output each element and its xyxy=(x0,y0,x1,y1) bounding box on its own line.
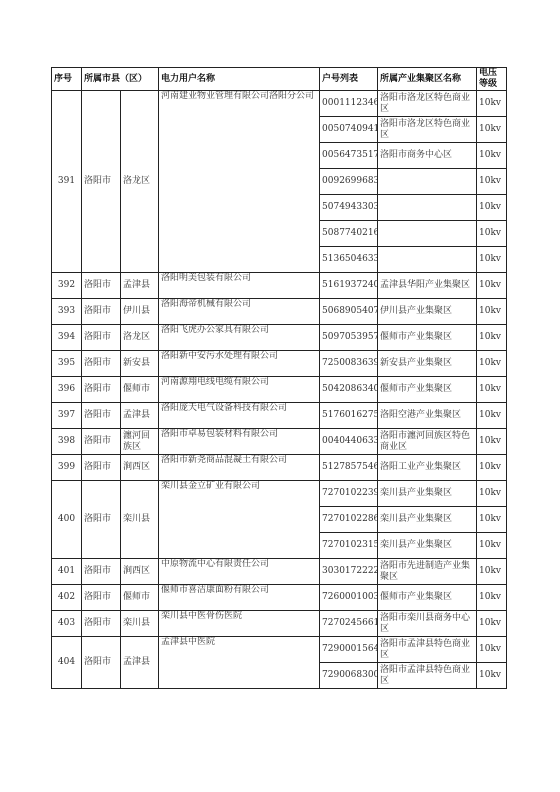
row-account-id: 0001112346 xyxy=(320,91,378,117)
row-voltage: 10kv xyxy=(477,247,507,273)
row-voltage: 10kv xyxy=(477,169,507,195)
header-voltage: 电压等级 xyxy=(477,68,507,91)
row-city: 洛阳市 xyxy=(82,351,121,377)
row-district: 孟津县 xyxy=(121,403,159,429)
table-row: 394洛阳市洛龙区洛阳飞虎办公家具有限公司5097053957偃师市产业集聚区1… xyxy=(52,325,507,351)
table-row: 397洛阳市孟津县洛阳庞天电气设备科技有限公司5176016275洛阳空港产业集… xyxy=(52,403,507,429)
row-account-id: 7290001564 xyxy=(320,637,378,663)
header-accounts: 户号列表 xyxy=(320,68,378,91)
row-zone: 栾川县产业集聚区 xyxy=(378,481,477,507)
row-city: 洛阳市 xyxy=(82,403,121,429)
row-voltage: 10kv xyxy=(477,429,507,455)
row-voltage: 10kv xyxy=(477,273,507,299)
row-index: 391 xyxy=(52,91,82,273)
row-user-name: 洛阳海帝机械有限公司 xyxy=(159,299,320,325)
row-user-name: 栾川县金立矿业有限公司 xyxy=(159,481,320,559)
table-row: 391洛阳市洛龙区河南建业物业管理有限公司洛阳分公司0001112346洛阳市洛… xyxy=(52,91,507,117)
row-voltage: 10kv xyxy=(477,351,507,377)
row-city: 洛阳市 xyxy=(82,273,121,299)
header-row: 序号 所属市县（区） 电力用户名称 户号列表 所属产业集聚区名称 电压等级 xyxy=(52,68,507,91)
row-voltage: 10kv xyxy=(477,143,507,169)
row-index: 394 xyxy=(52,325,82,351)
table-row: 396洛阳市偃师市河南源翔电线电缆有限公司5042086340偃师市产业集聚区1… xyxy=(52,377,507,403)
table-row: 404洛阳市孟津县孟津县中医院7290001564洛阳市孟津县特色商业区10kv xyxy=(52,637,507,663)
row-voltage: 10kv xyxy=(477,481,507,507)
row-zone: 洛阳工业产业集聚区 xyxy=(378,455,477,481)
row-zone: 伊川县产业集聚区 xyxy=(378,299,477,325)
row-voltage: 10kv xyxy=(477,221,507,247)
row-zone: 偃师市产业集聚区 xyxy=(378,585,477,611)
row-voltage: 10kv xyxy=(477,611,507,637)
row-voltage: 10kv xyxy=(477,507,507,533)
row-zone: 栾川县产业集聚区 xyxy=(378,533,477,559)
table-row: 392洛阳市孟津县洛阳明美包装有限公司5161937240孟津县华阳产业集聚区1… xyxy=(52,273,507,299)
row-district: 瀍河回族区 xyxy=(121,429,159,455)
row-user-name: 河南源翔电线电缆有限公司 xyxy=(159,377,320,403)
row-account-id: 7250083639 xyxy=(320,351,378,377)
row-city: 洛阳市 xyxy=(82,377,121,403)
row-account-id: 0040440633 xyxy=(320,429,378,455)
row-voltage: 10kv xyxy=(477,377,507,403)
row-voltage: 10kv xyxy=(477,117,507,143)
header-zone: 所属产业集聚区名称 xyxy=(378,68,477,91)
header-region: 所属市县（区） xyxy=(82,68,159,91)
row-district: 栾川县 xyxy=(121,481,159,559)
row-user-name: 河南建业物业管理有限公司洛阳分公司 xyxy=(159,91,320,273)
row-user-name: 洛阳市卓易包装材料有限公司 xyxy=(159,429,320,455)
row-voltage: 10kv xyxy=(477,325,507,351)
row-index: 398 xyxy=(52,429,82,455)
row-city: 洛阳市 xyxy=(82,559,121,585)
row-zone: 洛阳市栾川县商务中心区 xyxy=(378,611,477,637)
table-row: 400洛阳市栾川县栾川县金立矿业有限公司7270102239栾川县产业集聚区10… xyxy=(52,481,507,507)
row-index: 400 xyxy=(52,481,82,559)
row-zone: 孟津县华阳产业集聚区 xyxy=(378,273,477,299)
row-index: 393 xyxy=(52,299,82,325)
row-account-id: 7270245661 xyxy=(320,611,378,637)
row-voltage: 10kv xyxy=(477,533,507,559)
row-voltage: 10kv xyxy=(477,195,507,221)
row-district: 偃师市 xyxy=(121,585,159,611)
row-account-id: 5068905407 xyxy=(320,299,378,325)
row-user-name: 洛阳庞天电气设备科技有限公司 xyxy=(159,403,320,429)
row-zone: 新安县产业集聚区 xyxy=(378,351,477,377)
row-voltage: 10kv xyxy=(477,559,507,585)
row-index: 395 xyxy=(52,351,82,377)
row-district: 洛龙区 xyxy=(121,91,159,273)
row-district: 洛龙区 xyxy=(121,325,159,351)
row-zone: 洛阳市瀍河回族区特色商业区 xyxy=(378,429,477,455)
row-account-id: 0092699683 xyxy=(320,169,378,195)
row-user-name: 洛阳明美包装有限公司 xyxy=(159,273,320,299)
row-account-id: 5176016275 xyxy=(320,403,378,429)
row-zone: 栾川县产业集聚区 xyxy=(378,507,477,533)
row-zone: 洛阳市孟津县特色商业区 xyxy=(378,637,477,663)
row-index: 397 xyxy=(52,403,82,429)
row-district: 涧西区 xyxy=(121,455,159,481)
row-index: 396 xyxy=(52,377,82,403)
row-voltage: 10kv xyxy=(477,91,507,117)
row-zone: 洛阳空港产业集聚区 xyxy=(378,403,477,429)
row-user-name: 洛阳飞虎办公家具有限公司 xyxy=(159,325,320,351)
table-row: 393洛阳市伊川县洛阳海帝机械有限公司5068905407伊川县产业集聚区10k… xyxy=(52,299,507,325)
row-account-id: 0050740941 xyxy=(320,117,378,143)
table-row: 402洛阳市偃师市偃师市喜洁康面粉有限公司7260001003偃师市产业集聚区1… xyxy=(52,585,507,611)
header-index: 序号 xyxy=(52,68,82,91)
row-city: 洛阳市 xyxy=(82,481,121,559)
row-user-name: 孟津县中医院 xyxy=(159,637,320,689)
row-user-name: 偃师市喜洁康面粉有限公司 xyxy=(159,585,320,611)
row-zone: 洛阳市商务中心区 xyxy=(378,143,477,169)
row-city: 洛阳市 xyxy=(82,429,121,455)
row-account-id: 5161937240 xyxy=(320,273,378,299)
row-user-name: 洛阳新中安污水处理有限公司 xyxy=(159,351,320,377)
row-index: 401 xyxy=(52,559,82,585)
row-city: 洛阳市 xyxy=(82,637,121,689)
row-voltage: 10kv xyxy=(477,403,507,429)
row-district: 伊川县 xyxy=(121,299,159,325)
row-account-id: 3030172222 xyxy=(320,559,378,585)
row-zone: 偃师市产业集聚区 xyxy=(378,325,477,351)
row-voltage: 10kv xyxy=(477,637,507,663)
row-index: 399 xyxy=(52,455,82,481)
row-account-id: 7270102286 xyxy=(320,507,378,533)
row-zone xyxy=(378,221,477,247)
row-district: 栾川县 xyxy=(121,611,159,637)
table-row: 399洛阳市涧西区洛阳市新尧商品混凝土有限公司5127857546洛阳工业产业集… xyxy=(52,455,507,481)
row-account-id: 5127857546 xyxy=(320,455,378,481)
row-zone xyxy=(378,247,477,273)
row-account-id: 5074943303 xyxy=(320,195,378,221)
row-city: 洛阳市 xyxy=(82,299,121,325)
row-city: 洛阳市 xyxy=(82,325,121,351)
row-district: 孟津县 xyxy=(121,637,159,689)
row-index: 392 xyxy=(52,273,82,299)
row-zone: 洛阳市先进制造产业集聚区 xyxy=(378,559,477,585)
row-user-name: 洛阳市新尧商品混凝土有限公司 xyxy=(159,455,320,481)
row-user-name: 栾川县中医骨伤医院 xyxy=(159,611,320,637)
row-index: 402 xyxy=(52,585,82,611)
table-row: 401洛阳市涧西区中原物流中心有限责任公司3030172222洛阳市先进制造产业… xyxy=(52,559,507,585)
row-city: 洛阳市 xyxy=(82,91,121,273)
row-district: 涧西区 xyxy=(121,559,159,585)
table-row: 403洛阳市栾川县栾川县中医骨伤医院7270245661洛阳市栾川县商务中心区1… xyxy=(52,611,507,637)
row-district: 偃师市 xyxy=(121,377,159,403)
row-voltage: 10kv xyxy=(477,455,507,481)
row-city: 洛阳市 xyxy=(82,585,121,611)
row-zone: 洛阳市孟津县特色商业区 xyxy=(378,663,477,689)
row-account-id: 7270102315 xyxy=(320,533,378,559)
row-user-name: 中原物流中心有限责任公司 xyxy=(159,559,320,585)
row-account-id: 0056473517 xyxy=(320,143,378,169)
row-zone xyxy=(378,169,477,195)
row-account-id: 5042086340 xyxy=(320,377,378,403)
row-account-id: 7260001003 xyxy=(320,585,378,611)
row-index: 404 xyxy=(52,637,82,689)
row-zone xyxy=(378,195,477,221)
row-city: 洛阳市 xyxy=(82,611,121,637)
row-district: 新安县 xyxy=(121,351,159,377)
power-users-table: 序号 所属市县（区） 电力用户名称 户号列表 所属产业集聚区名称 电压等级 39… xyxy=(51,67,507,689)
row-account-id: 7270102239 xyxy=(320,481,378,507)
row-index: 403 xyxy=(52,611,82,637)
header-user-name: 电力用户名称 xyxy=(159,68,320,91)
row-voltage: 10kv xyxy=(477,585,507,611)
row-city: 洛阳市 xyxy=(82,455,121,481)
row-voltage: 10kv xyxy=(477,299,507,325)
table-row: 395洛阳市新安县洛阳新中安污水处理有限公司7250083639新安县产业集聚区… xyxy=(52,351,507,377)
table-row: 398洛阳市瀍河回族区洛阳市卓易包装材料有限公司0040440633洛阳市瀍河回… xyxy=(52,429,507,455)
row-zone: 洛阳市洛龙区特色商业区 xyxy=(378,117,477,143)
row-account-id: 7290068300 xyxy=(320,663,378,689)
row-zone: 偃师市产业集聚区 xyxy=(378,377,477,403)
row-zone: 洛阳市洛龙区特色商业区 xyxy=(378,91,477,117)
row-account-id: 5087740216 xyxy=(320,221,378,247)
row-district: 孟津县 xyxy=(121,273,159,299)
row-account-id: 5136504633 xyxy=(320,247,378,273)
row-account-id: 5097053957 xyxy=(320,325,378,351)
row-voltage: 10kv xyxy=(477,663,507,689)
